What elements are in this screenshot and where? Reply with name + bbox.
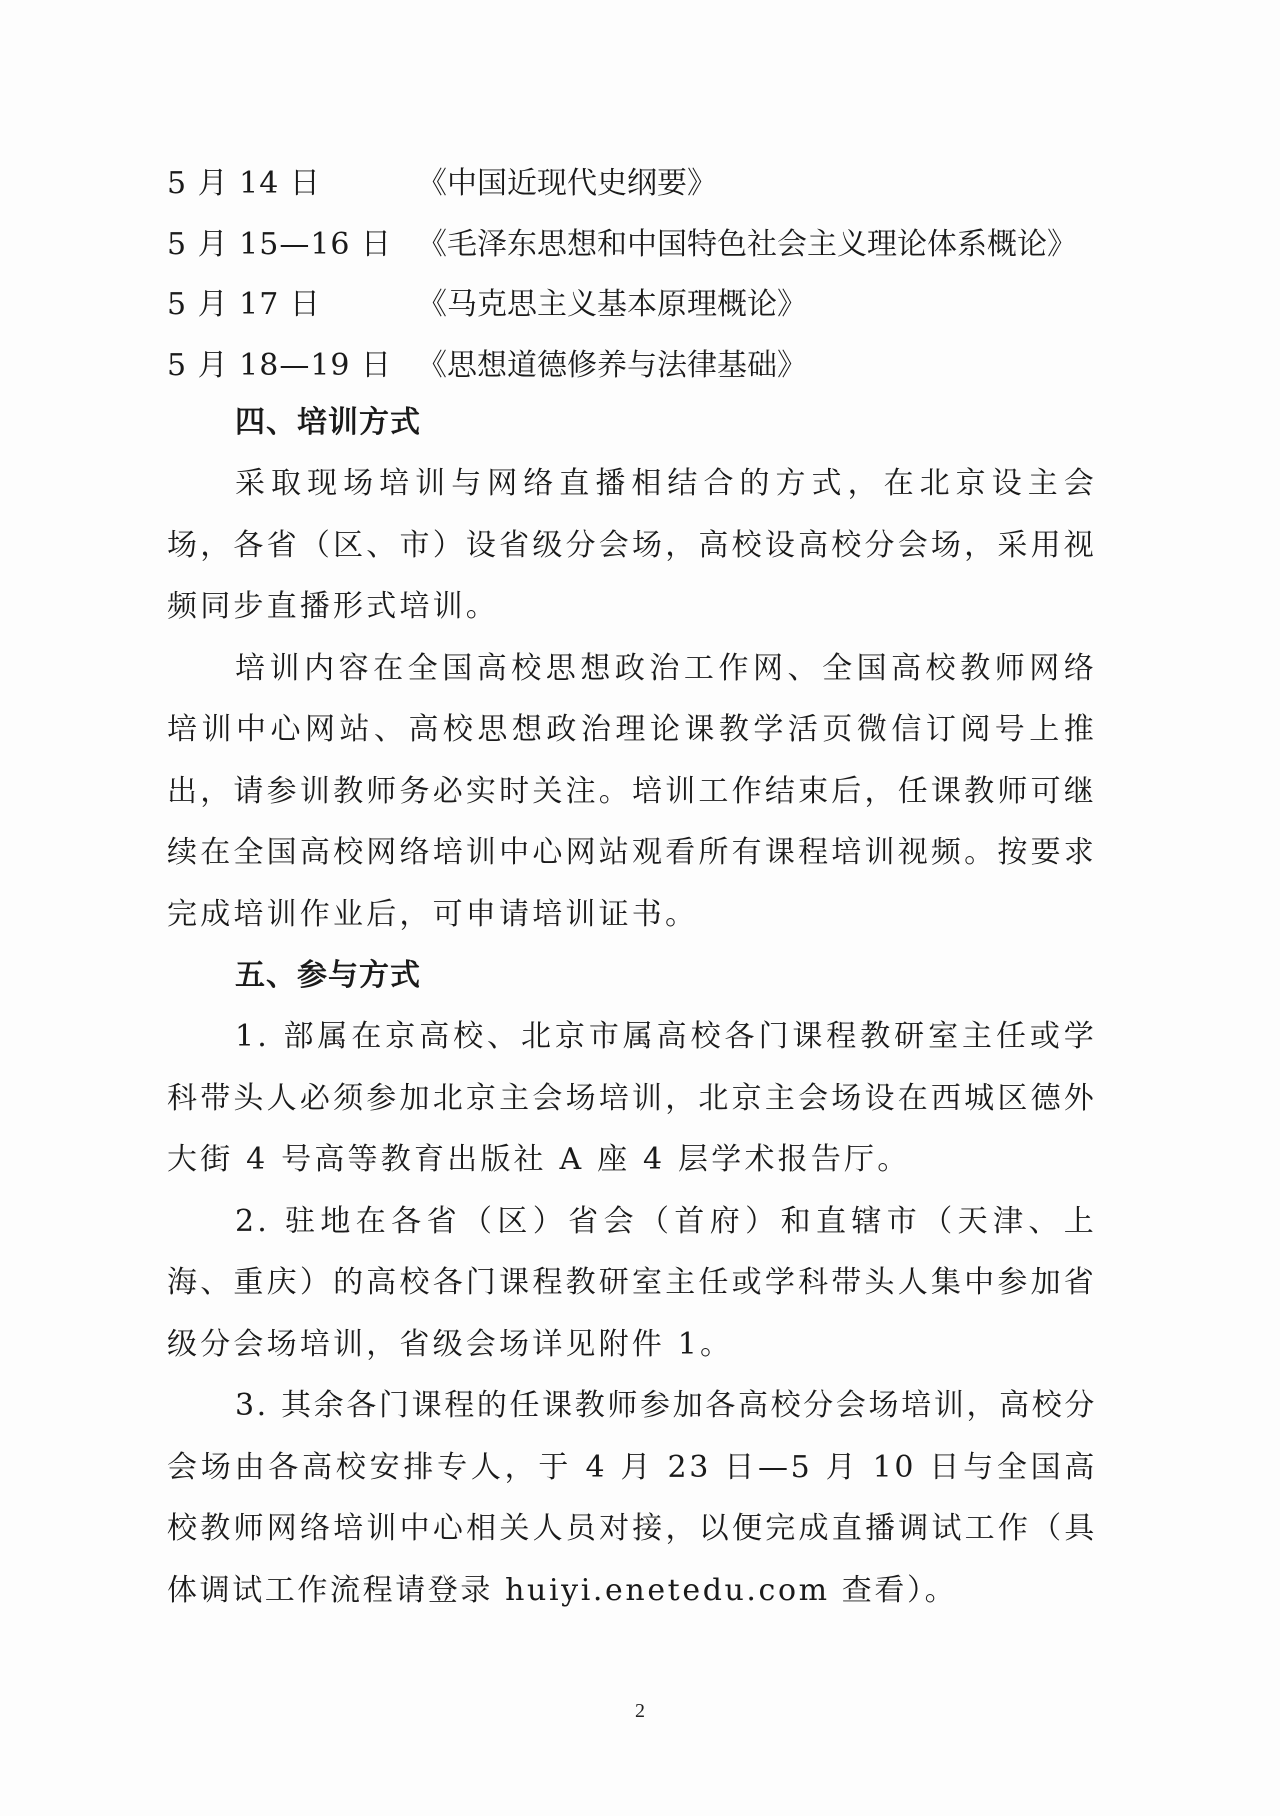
schedule-row: 5 月 15—16 日 《毛泽东思想和中国特色社会主义理论体系概论》 xyxy=(167,211,1097,272)
schedule-row: 5 月 14 日 《中国近现代史纲要》 xyxy=(167,150,1097,211)
schedule-date: 5 月 18—19 日 xyxy=(167,340,417,384)
document-page: 5 月 14 日 《中国近现代史纲要》 5 月 15—16 日 《毛泽东思想和中… xyxy=(0,0,1280,1816)
schedule-row: 5 月 18—19 日 《思想道德修养与法律基础》 xyxy=(167,332,1097,393)
paragraph: 采取现场培训与网络直播相结合的方式，在北京设主会场，各省（区、市）设省级分会场，… xyxy=(167,453,1097,638)
schedule-course: 《中国近现代史纲要》 xyxy=(417,158,717,202)
schedule-date: 5 月 17 日 xyxy=(167,279,417,323)
schedule-course: 《毛泽东思想和中国特色社会主义理论体系概论》 xyxy=(417,219,1077,263)
paragraph: 培训内容在全国高校思想政治工作网、全国高校教师网络培训中心网站、高校思想政治理论… xyxy=(167,638,1097,946)
schedule-date: 5 月 14 日 xyxy=(167,158,417,202)
paragraph: 3. 其余各门课程的任课教师参加各高校分会场培训，高校分会场由各高校安排专人，于… xyxy=(167,1375,1097,1621)
paragraph: 2. 驻地在各省（区）省会（首府）和直辖市（天津、上海、重庆）的高校各门课程教研… xyxy=(167,1191,1097,1376)
paragraph: 1. 部属在京高校、北京市属高校各门课程教研室主任或学科带头人必须参加北京主会场… xyxy=(167,1006,1097,1191)
section-heading-training-method: 四、培训方式 xyxy=(167,392,1097,453)
page-content: 5 月 14 日 《中国近现代史纲要》 5 月 15—16 日 《毛泽东思想和中… xyxy=(167,150,1097,1621)
schedule-row: 5 月 17 日 《马克思主义基本原理概论》 xyxy=(167,271,1097,332)
schedule-course: 《马克思主义基本原理概论》 xyxy=(417,279,807,323)
schedule-date: 5 月 15—16 日 xyxy=(167,219,417,263)
training-schedule: 5 月 14 日 《中国近现代史纲要》 5 月 15—16 日 《毛泽东思想和中… xyxy=(167,150,1097,392)
page-number: 2 xyxy=(0,1700,1280,1723)
section-heading-participation-method: 五、参与方式 xyxy=(167,945,1097,1006)
schedule-course: 《思想道德修养与法律基础》 xyxy=(417,340,807,384)
